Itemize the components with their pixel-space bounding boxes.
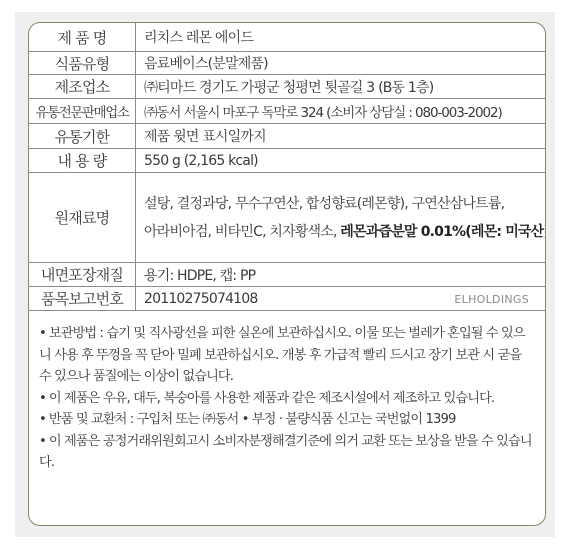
row-distributor: 유통전문판매업소 ㈜동서 서울시 마포구 독막로 324 (소비자 상담실 : … [29,99,545,124]
note-allergen: •이 제품은 우유, 대두, 복숭아를 사용한 제품과 같은 제조시설에서 제조… [39,388,535,410]
bullet-icon: • [39,391,46,406]
notes-section: •보관방법 : 습기 및 직사광선을 피한 실온에 보관하십시오. 이물 또는 … [29,311,545,474]
header-packaging: 내면포장재질 [29,263,136,287]
brand-name: ELHOLDINGS [454,293,529,306]
value-expiry: 제품 윗면 표시일까지 [136,124,546,149]
value-net-content: 550 g (2,165 kcal) [136,149,546,173]
bullet-icon: • [39,412,46,427]
value-packaging: 용기: HDPE, 캡: PP [136,263,546,287]
row-packaging: 내면포장재질 용기: HDPE, 캡: PP [29,263,545,287]
product-info-label: 제 품 명 리치스 레몬 에이드 식품유형 음료베이스(분말제품) 제조업소 ㈜… [28,22,546,526]
value-food-type: 음료베이스(분말제품) [136,52,546,75]
ingredients-line-1: 설탕, 결정과당, 무수구연산, 합성향료(레몬향), 구연산삼나트륨, [144,190,539,218]
header-product-name: 제 품 명 [29,23,136,52]
bullet-icon: • [39,434,46,449]
value-manufacturer: ㈜티마드 경기도 가평군 청평면 툇골길 3 (B동 1층) [136,75,546,99]
ingredients-plain: 아라비아검, 비타민C, 치자황색소, [144,224,340,240]
header-ingredients: 원재료명 [29,173,136,263]
value-product-name: 리치스 레몬 에이드 [136,23,546,52]
ingredients-line-2: 아라비아검, 비타민C, 치자황색소, 레몬과즙분말 0.01%(레몬: 미국산… [144,218,539,246]
note-storage: •보관방법 : 습기 및 직사광선을 피한 실온에 보관하십시오. 이물 또는 … [39,323,535,388]
header-manufacturer: 제조업소 [29,75,136,99]
value-ingredients: 설탕, 결정과당, 무수구연산, 합성향료(레몬향), 구연산삼나트륨, 아라비… [136,173,546,263]
value-report-number: 20110275074108 ELHOLDINGS [136,287,546,311]
header-net-content: 내 용 량 [29,149,136,173]
row-product-name: 제 품 명 리치스 레몬 에이드 [29,23,545,52]
header-report-number: 품목보고번호 [29,287,136,311]
report-number: 20110275074108 [144,291,258,307]
header-expiry: 유통기한 [29,124,136,149]
product-info-table: 제 품 명 리치스 레몬 에이드 식품유형 음료베이스(분말제품) 제조업소 ㈜… [29,23,545,311]
value-distributor: ㈜동서 서울시 마포구 독막로 324 (소비자 상담실 : 080-003-2… [136,99,546,124]
bullet-icon: • [39,326,46,341]
row-expiry: 유통기한 제품 윗면 표시일까지 [29,124,545,149]
row-report-number: 품목보고번호 20110275074108 ELHOLDINGS [29,287,545,311]
header-food-type: 식품유형 [29,52,136,75]
row-ingredients: 원재료명 설탕, 결정과당, 무수구연산, 합성향료(레몬향), 구연산삼나트륨… [29,173,545,263]
note-compensation: •이 제품은 공정거래위원회고시 소비자분쟁해결기준에 의거 교환 또는 보상을… [39,431,535,474]
ingredients-bold: 레몬과즙분말 0.01%(레몬: 미국산) [340,224,545,240]
row-food-type: 식품유형 음료베이스(분말제품) [29,52,545,75]
row-net-content: 내 용 량 550 g (2,165 kcal) [29,149,545,173]
header-distributor: 유통전문판매업소 [29,99,136,124]
note-returns: •반품 및 교환처 : 구입처 또는 ㈜동서 • 부정 · 불량식품 신고는 국… [39,409,535,431]
row-manufacturer: 제조업소 ㈜티마드 경기도 가평군 청평면 툇골길 3 (B동 1층) [29,75,545,99]
